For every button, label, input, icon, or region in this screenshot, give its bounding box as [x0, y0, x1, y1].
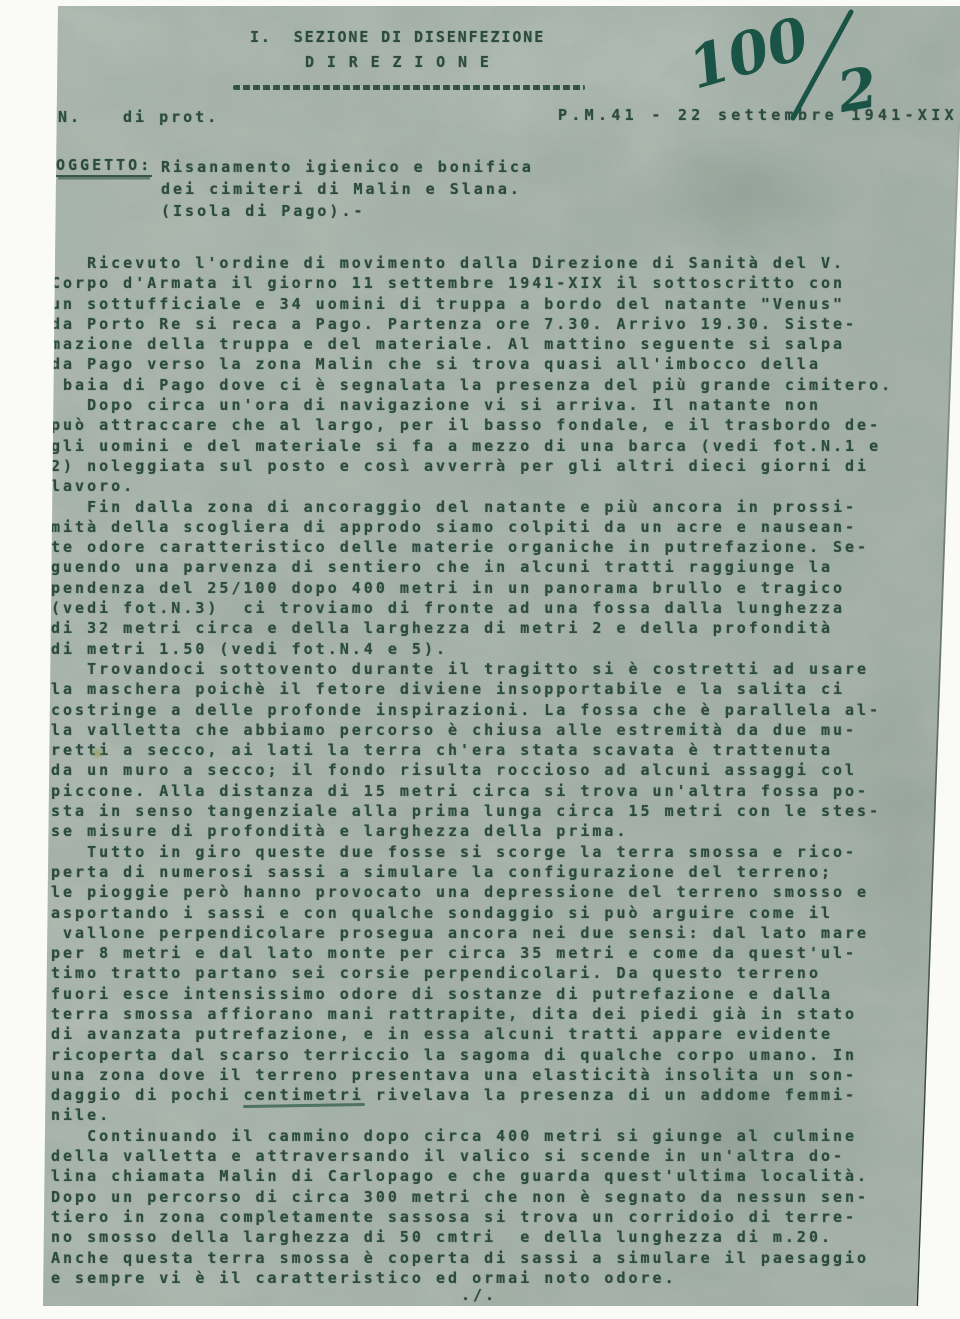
handwritten-denominator: 2: [832, 54, 883, 124]
handwritten-numerator: 100: [681, 6, 816, 102]
continuation-mark: ./.: [461, 1286, 497, 1304]
protocol-text-label: di prot.: [123, 108, 219, 126]
protocol-number-label: N.: [58, 108, 82, 126]
letterhead-divider: [233, 85, 585, 90]
letterhead-direction-title: D I R E Z I O N E: [305, 53, 491, 71]
subject-label: OGGETTO:: [56, 156, 152, 177]
ink-speck: [90, 747, 105, 759]
document-paper: I. SEZIONE DI DISENFEZIONE D I R E Z I O…: [43, 6, 960, 1306]
report-body: Ricevuto l'ordine di movimento dalla Dir…: [51, 253, 893, 1288]
paragraph-1: Ricevuto l'ordine di movimento dalla Dir…: [51, 253, 893, 395]
paragraph-4: Trovandoci sottovento durante il tragitt…: [51, 659, 893, 842]
paragraph-6: Continuando il cammino dopo circa 400 me…: [51, 1126, 893, 1288]
subject-text: Risanamento igienico e bonifica dei cimi…: [161, 156, 534, 222]
paragraph-5: Tutto in giro queste due fosse si scorge…: [51, 842, 893, 1126]
typewritten-text-layer: I. SEZIONE DI DISENFEZIONE D I R E Z I O…: [43, 6, 960, 1306]
handwritten-page-number: 100 2: [673, 6, 923, 124]
scan-page: I. SEZIONE DI DISENFEZIONE D I R E Z I O…: [0, 0, 960, 1319]
paragraph-2: Dopo circa un'ora di navigazione vi si a…: [51, 395, 893, 496]
letterhead-section-title: I. SEZIONE DI DISENFEZIONE: [250, 28, 545, 46]
paragraph-3: Fin dalla zona di ancoraggio del natante…: [51, 497, 893, 659]
